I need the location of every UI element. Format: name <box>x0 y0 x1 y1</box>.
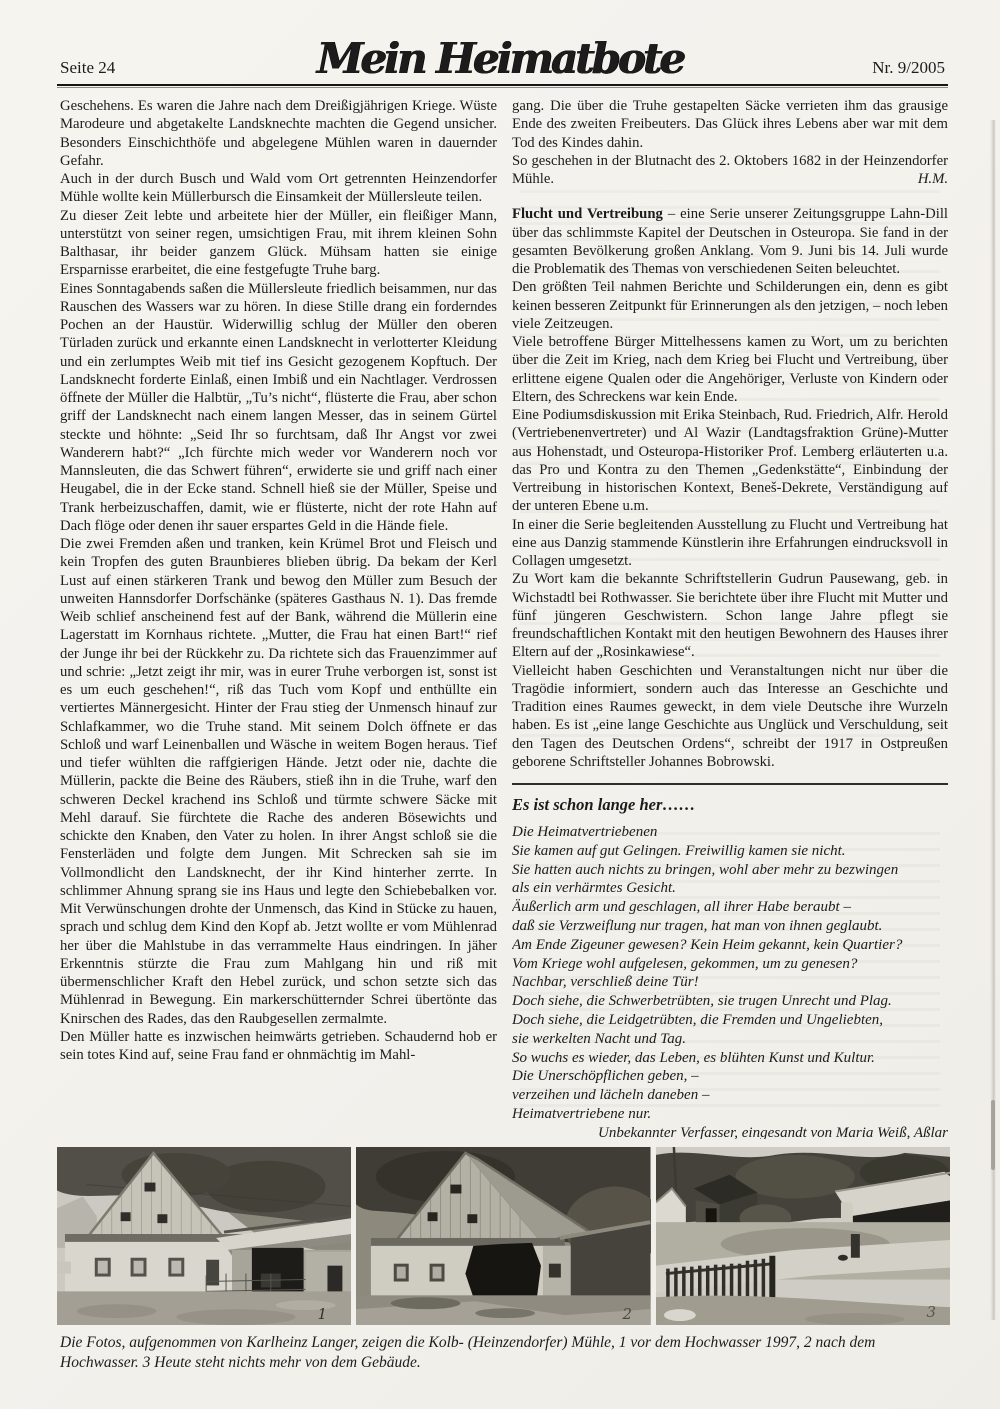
story-paragraph: Eines Sonntagabends saßen die Müllersleu… <box>60 280 497 536</box>
right-column: gang. Die über die Truhe gestapelten Säc… <box>512 97 948 1139</box>
issue-number-label: Nr. 9/2005 <box>872 58 945 78</box>
series-title: Flucht und Vertreibung <box>512 206 663 222</box>
poem-line: verzeihen und lächeln daneben – <box>512 1086 948 1105</box>
series-paragraph: Eine Podiumsdiskussion mit Erika Steinba… <box>512 406 948 516</box>
story-paragraph: Zu dieser Zeit lebte und arbeitete hier … <box>60 207 497 280</box>
story-end-paragraph: So geschehen in der Blutnacht des 2. Okt… <box>512 152 948 189</box>
photo-mill-after-flood: 2 <box>356 1147 650 1325</box>
poem-line: Nachbar, verschließ deine Tür! <box>512 973 948 992</box>
photo-number-1: 1 <box>318 1305 327 1323</box>
poem-top-rule <box>512 783 948 785</box>
poem-line: als ein verhärmtes Gesicht. <box>512 879 948 898</box>
poem-line: Am Ende Zigeuner gewesen? Kein Heim geka… <box>512 936 948 955</box>
series-paragraph: Den größten Teil nahmen Berichte und Sch… <box>512 278 948 333</box>
story-paragraph: gang. Die über die Truhe gestapelten Säc… <box>512 97 948 152</box>
poem-line: sie werkelten Nacht und Tag. <box>512 1030 948 1049</box>
poem-line: Doch siehe, die Leidgetrübten, die Fremd… <box>512 1011 948 1030</box>
poem-line: Heimatvertriebene nur. <box>512 1105 948 1124</box>
mill-before-flood-image: 1 <box>57 1147 351 1325</box>
left-column: Geschehens. Es waren die Jahre nach dem … <box>60 97 497 1139</box>
photo-site-today: 3 <box>656 1147 950 1325</box>
site-today-image: 3 <box>656 1147 950 1325</box>
newspaper-page: Seite 24 Mein Heimatbote Nr. 9/2005 Gesc… <box>0 0 1000 1409</box>
series-paragraph: Zu Wort kam die bekannte Schriftstelleri… <box>512 570 948 661</box>
photo-mill-before-flood: 1 <box>57 1147 351 1325</box>
story-end-text: So geschehen in der Blutnacht des 2. Okt… <box>512 153 948 187</box>
masthead-title: Mein Heimatbote <box>0 34 1000 83</box>
series-paragraph: Vielleicht haben Geschichten und Veranst… <box>512 662 948 772</box>
author-initials: H.M. <box>918 170 948 188</box>
poem-line: So wuchs es wieder, das Leben, es blühte… <box>512 1049 948 1068</box>
story-paragraph: Den Müller hatte es inzwischen heimwärts… <box>60 1028 497 1065</box>
poem-line: Äußerlich arm und geschlagen, all ihrer … <box>512 898 948 917</box>
poem-line: Doch siehe, die Schwerbetrübten, sie tru… <box>512 992 948 1011</box>
poem-line: daß sie Verzweiflung nur tragen, hat man… <box>512 917 948 936</box>
poem-attribution: Unbekannter Verfasser, eingesandt von Ma… <box>512 1125 948 1139</box>
photo-caption: Die Fotos, aufgenommen von Karlheinz Lan… <box>60 1333 950 1373</box>
series-paragraph: In einer die Serie begleitenden Ausstell… <box>512 516 948 571</box>
poem-line: Die Unerschöpflichen geben, – <box>512 1067 948 1086</box>
series-intro-paragraph: Flucht und Vertreibung – eine Serie unse… <box>512 205 948 278</box>
mill-after-flood-image: 2 <box>356 1147 650 1325</box>
poem-line: Vom Kriege wohl aufgelesen, gekommen, um… <box>512 955 948 974</box>
photo-number-3: 3 <box>926 1303 935 1321</box>
photo-number-2: 2 <box>622 1305 632 1323</box>
story-paragraph: Auch in der durch Busch und Wald vom Ort… <box>60 170 497 207</box>
photo-strip: 1 <box>57 1147 950 1325</box>
story-paragraph: Geschehens. Es waren die Jahre nach dem … <box>60 97 497 170</box>
poem-line: Sie hatten auch nichts zu bringen, wohl … <box>512 861 948 880</box>
series-paragraph: Viele betroffene Bürger Mittelhessens ka… <box>512 333 948 406</box>
poem-line: Die Heimatvertriebenen <box>512 823 948 842</box>
story-paragraph: Die zwei Fremden aßen und tranken, kein … <box>60 535 497 1028</box>
scan-edge-mark <box>991 1100 995 1170</box>
poem-title: Es ist schon lange her…… <box>512 795 948 815</box>
header-rule <box>57 84 948 89</box>
poem-line: Sie kamen auf gut Gelingen. Freiwillig k… <box>512 842 948 861</box>
